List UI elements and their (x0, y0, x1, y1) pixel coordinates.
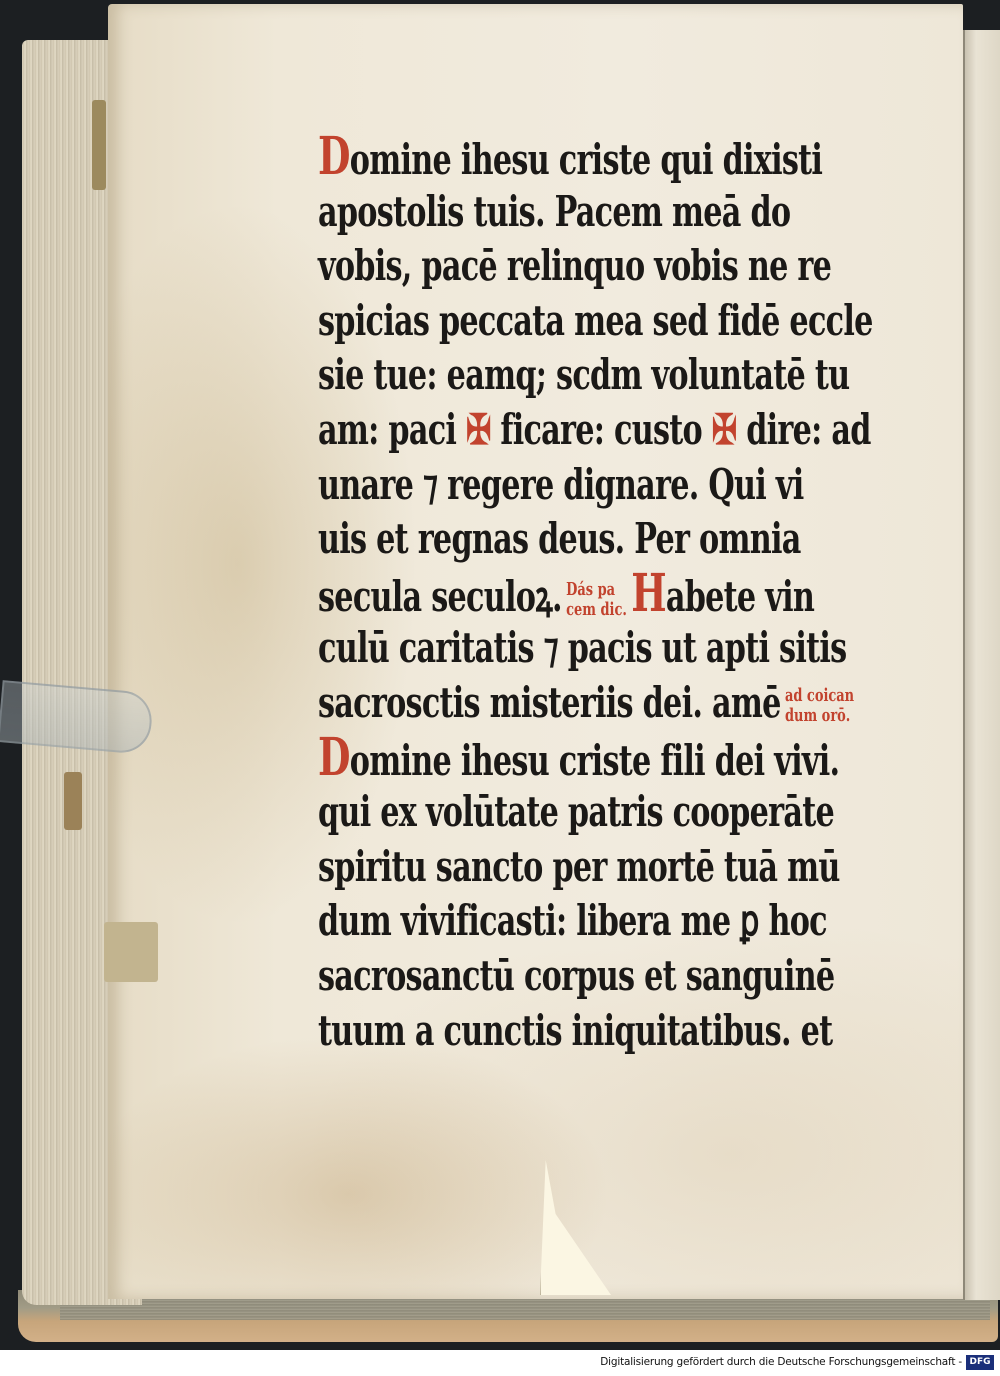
footer-bar: Digitalisierung gefördert durch die Deut… (0, 1350, 1000, 1376)
glass-page-clip (0, 680, 154, 755)
red-initial: D (318, 727, 350, 788)
dfg-logo-icon: DFG (966, 1355, 994, 1370)
text-line: culū caritatis ⁊ pacis ut apti sitis (318, 621, 759, 676)
red-cross-icon: ✠ (466, 405, 491, 454)
red-initial: D (318, 126, 350, 187)
page-tab-marker (104, 922, 158, 982)
red-cross-icon: ✠ (712, 405, 737, 454)
text-line: unare ⁊ regere dignare. Qui vi (318, 458, 759, 513)
text-line: sie tue: eamq; scdm voluntatē tu (318, 348, 759, 403)
page-tab-marker (92, 100, 106, 190)
leaf-stack-bottom (60, 1296, 990, 1320)
rubric-note: Dás pacem dic. (566, 580, 627, 620)
red-initial: H (631, 563, 666, 624)
text-line: tuum a cunctis iniquitatibus. et (318, 1004, 759, 1059)
printed-text-block: Domine ihesu criste qui dixisti apostoli… (318, 130, 930, 1058)
text-line: Domine ihesu criste qui dixisti (318, 130, 759, 185)
text-line: sacrosanctū corpus et sanguinē (318, 949, 759, 1004)
text-line: spiritu sancto per mortē tuā mū (318, 840, 759, 895)
text-line: Domine ihesu criste fili dei vivi. (318, 731, 759, 786)
text-line: apostolis tuis. Pacem meā do (318, 185, 759, 240)
text-line: uis et regnas deus. Per omnia (318, 512, 759, 567)
text-line: dum vivificasti: libera me ꝑ hoc (318, 894, 759, 949)
page-tab-marker (64, 772, 82, 830)
rubric-note: ad coicandum orō. (785, 686, 854, 726)
text-line: am: paci ✠ ficare: custo ✠ dire: ad (318, 403, 759, 458)
funding-credit: Digitalisierung gefördert durch die Deut… (600, 1356, 962, 1368)
text-line: spicias peccata mea sed fidē eccle (318, 294, 759, 349)
text-line: secula seculoꝝ.Dás pacem dic.Habete vin (318, 567, 759, 622)
text-line: vobis, pacē relinquo vobis ne re (318, 239, 759, 294)
text-line: sacrosctis misteriis dei. amēad coicandu… (318, 676, 759, 731)
facing-page-edge (963, 30, 1000, 1300)
text-line: qui ex volūtate patris cooperāte (318, 785, 759, 840)
